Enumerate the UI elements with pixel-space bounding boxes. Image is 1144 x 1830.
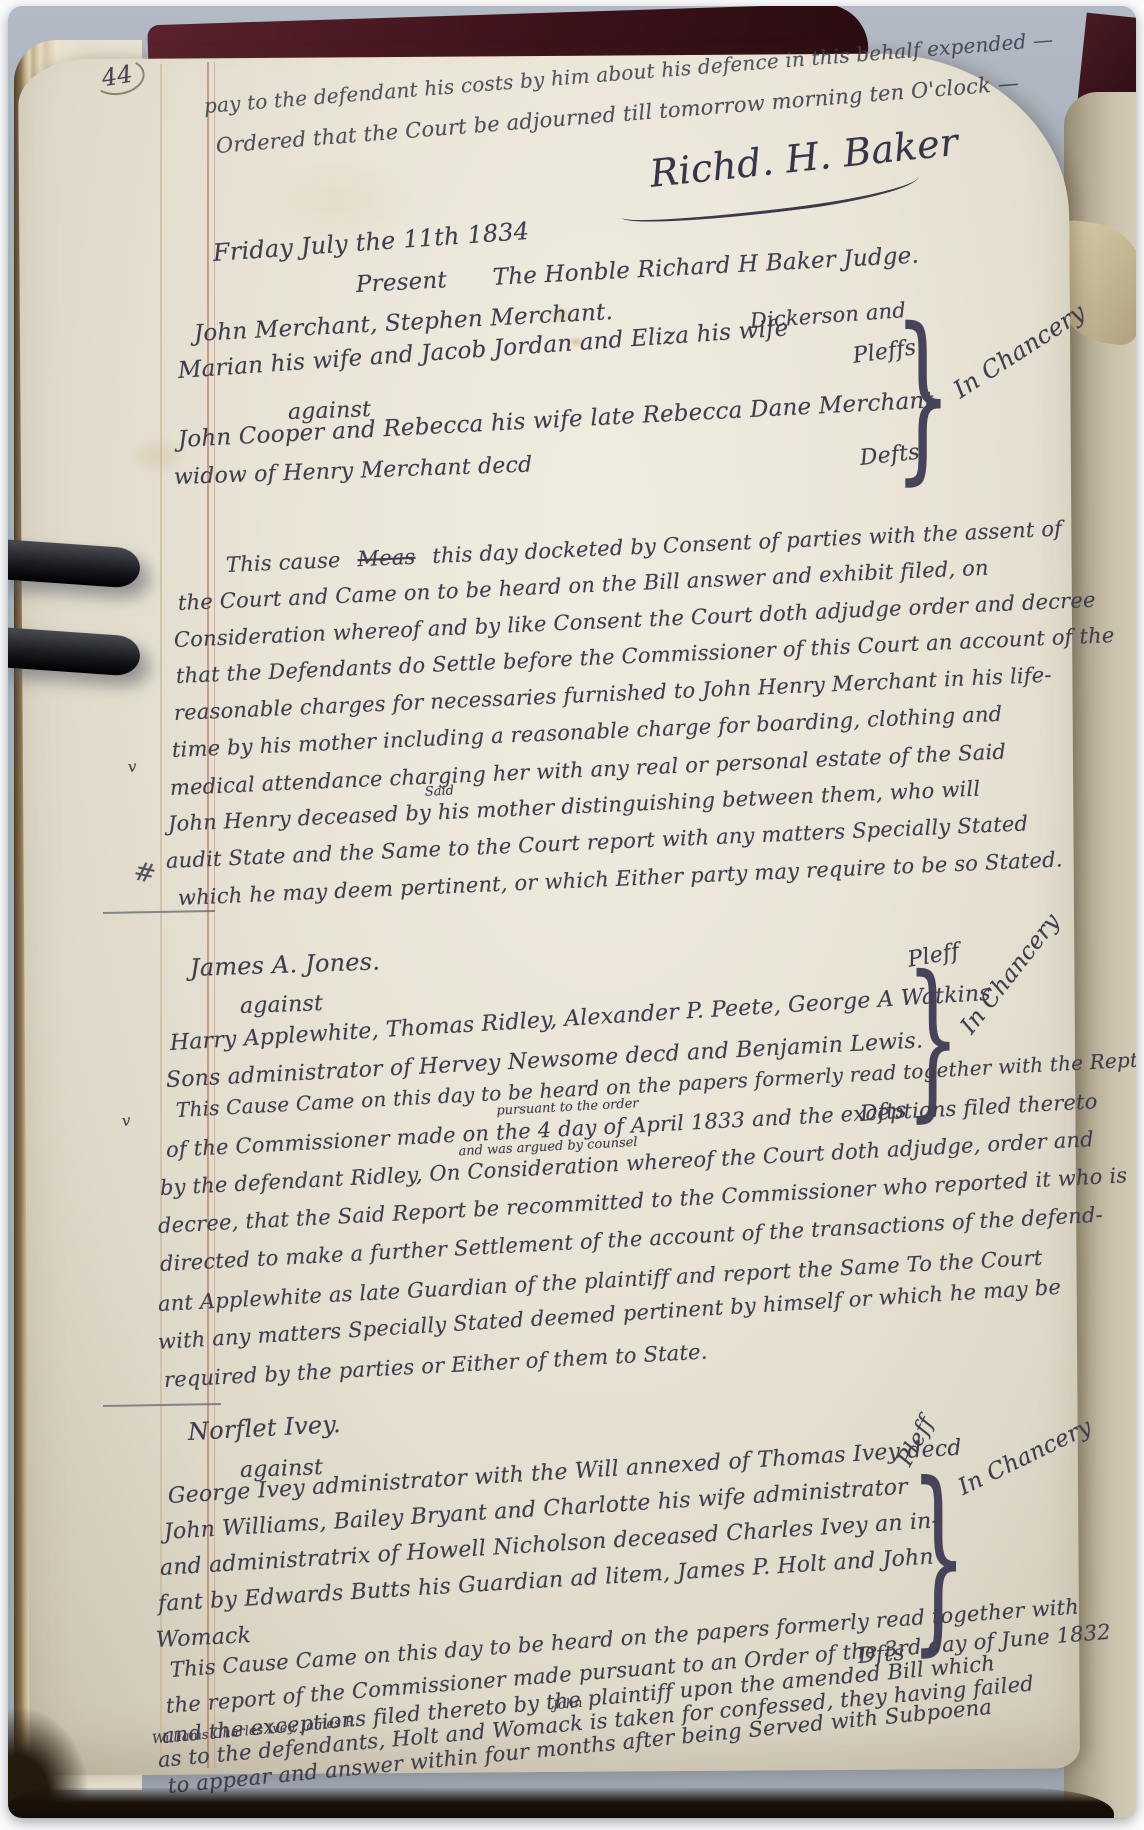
margin-check-mark: v xyxy=(127,757,138,776)
case2-against: against xyxy=(240,991,324,1019)
case1-interline-insertion: Said xyxy=(425,784,455,800)
case1-body-intro: This cause xyxy=(225,548,341,577)
book-scene: 44 pay to the defendant his costs by him… xyxy=(8,6,1136,1818)
margin-rule-line xyxy=(207,62,209,1768)
page-crease-line xyxy=(160,64,162,1764)
case1-chancery-brace: } xyxy=(894,304,952,486)
case3-interline-insertion: John xyxy=(552,1696,583,1714)
book-cover-bottom xyxy=(8,1788,1114,1818)
case3-defendant-line: Womack xyxy=(155,1623,251,1653)
page-photo: 44 pay to the defendant his costs by him… xyxy=(0,0,1144,1830)
margin-rule-line xyxy=(214,62,215,1768)
margin-check-mark: v xyxy=(121,1111,132,1130)
present-label: Present xyxy=(355,267,447,298)
case1-struck-word: Meas xyxy=(357,545,416,572)
